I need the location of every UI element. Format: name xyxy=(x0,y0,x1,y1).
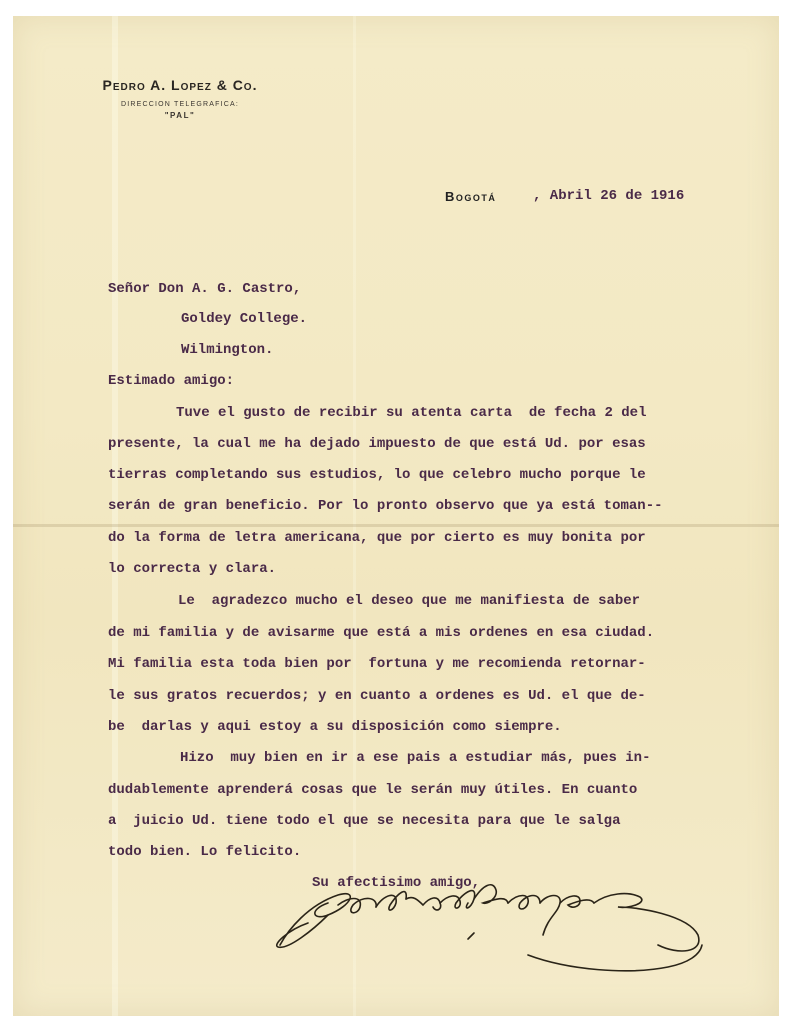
body-line: lo correcta y clara. xyxy=(108,561,276,577)
body-line: dudablemente aprenderá cosas que le será… xyxy=(108,782,637,798)
salutation: Estimado amigo: xyxy=(108,373,234,389)
body-line: be darlas y aqui estoy a su disposición … xyxy=(108,719,562,735)
fold-crease-vertical-2 xyxy=(353,16,356,1016)
telegraphic-code: "PAL" xyxy=(60,111,300,120)
body-line: todo bien. Lo felicito. xyxy=(108,844,301,860)
body-line: Le agradezco mucho el deseo que me manif… xyxy=(178,593,640,609)
letterhead: Pedro A. Lopez & Co. DIRECCION TELEGRAFI… xyxy=(60,77,300,120)
dateline-date: , Abril 26 de 1916 xyxy=(533,188,684,204)
signature-icon xyxy=(268,875,718,985)
body-line: serán de gran beneficio. Por lo pronto o… xyxy=(108,498,663,514)
body-line: do la forma de letra americana, que por … xyxy=(108,530,646,546)
body-line: tierras completando sus estudios, lo que… xyxy=(108,467,646,483)
fold-crease-vertical xyxy=(112,16,118,1016)
body-line: Tuve el gusto de recibir su atenta carta… xyxy=(176,405,646,421)
body-line: de mi familia y de avisarme que está a m… xyxy=(108,625,654,641)
company-name: Pedro A. Lopez & Co. xyxy=(60,77,300,93)
fold-crease-horizontal xyxy=(13,524,779,527)
address-line-2: Goldey College. xyxy=(181,311,307,327)
address-line-1: Señor Don A. G. Castro, xyxy=(108,281,301,297)
telegraphic-label: DIRECCION TELEGRAFICA: xyxy=(60,101,300,108)
body-line: a juicio Ud. tiene todo el que se necesi… xyxy=(108,813,620,829)
letter-paper xyxy=(13,16,779,1016)
body-line: le sus gratos recuerdos; y en cuanto a o… xyxy=(108,688,646,704)
body-line: presente, la cual me ha dejado impuesto … xyxy=(108,436,646,452)
dateline-city: Bogotá xyxy=(445,189,496,204)
body-line: Mi familia esta toda bien por fortuna y … xyxy=(108,656,646,672)
body-line: Hizo muy bien en ir a ese pais a estudia… xyxy=(180,750,650,766)
address-line-3: Wilmington. xyxy=(181,342,273,358)
